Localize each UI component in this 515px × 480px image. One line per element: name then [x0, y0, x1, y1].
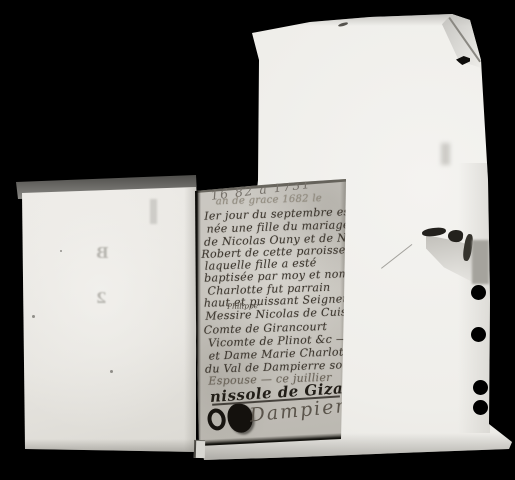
punch-hole	[473, 400, 488, 415]
left-blank-page: B 2	[22, 186, 196, 453]
tear-mark	[448, 229, 464, 242]
page-edge-shadow	[22, 439, 196, 453]
ink-blot	[206, 407, 228, 432]
tear-mark	[422, 227, 447, 238]
manuscript-leaf: 16 82 à 1731 an de grace 1682 le Ier jou…	[195, 178, 346, 446]
scanner-bed: B 2 16 82 à 1731 an de grace 1682 le	[0, 0, 515, 480]
tear-shadow	[472, 240, 489, 284]
punch-hole	[473, 380, 488, 395]
punch-hole	[471, 327, 486, 342]
paper-speck	[110, 370, 113, 373]
crease-line	[381, 244, 412, 269]
paper-speck	[32, 315, 35, 318]
record-line: an de grace 1682 le	[216, 193, 323, 207]
handwritten-record: 16 82 à 1731 an de grace 1682 le Ier jou…	[195, 173, 354, 446]
punch-hole	[471, 285, 486, 300]
page-edge-fragment	[194, 440, 205, 458]
smudge-mark	[441, 143, 450, 165]
paper-speck	[60, 250, 62, 252]
bleedthrough-mark: 2	[96, 289, 106, 307]
page-edge-shadow	[184, 186, 196, 453]
smudge-mark	[150, 199, 157, 224]
bleedthrough-mark: B	[96, 244, 109, 262]
